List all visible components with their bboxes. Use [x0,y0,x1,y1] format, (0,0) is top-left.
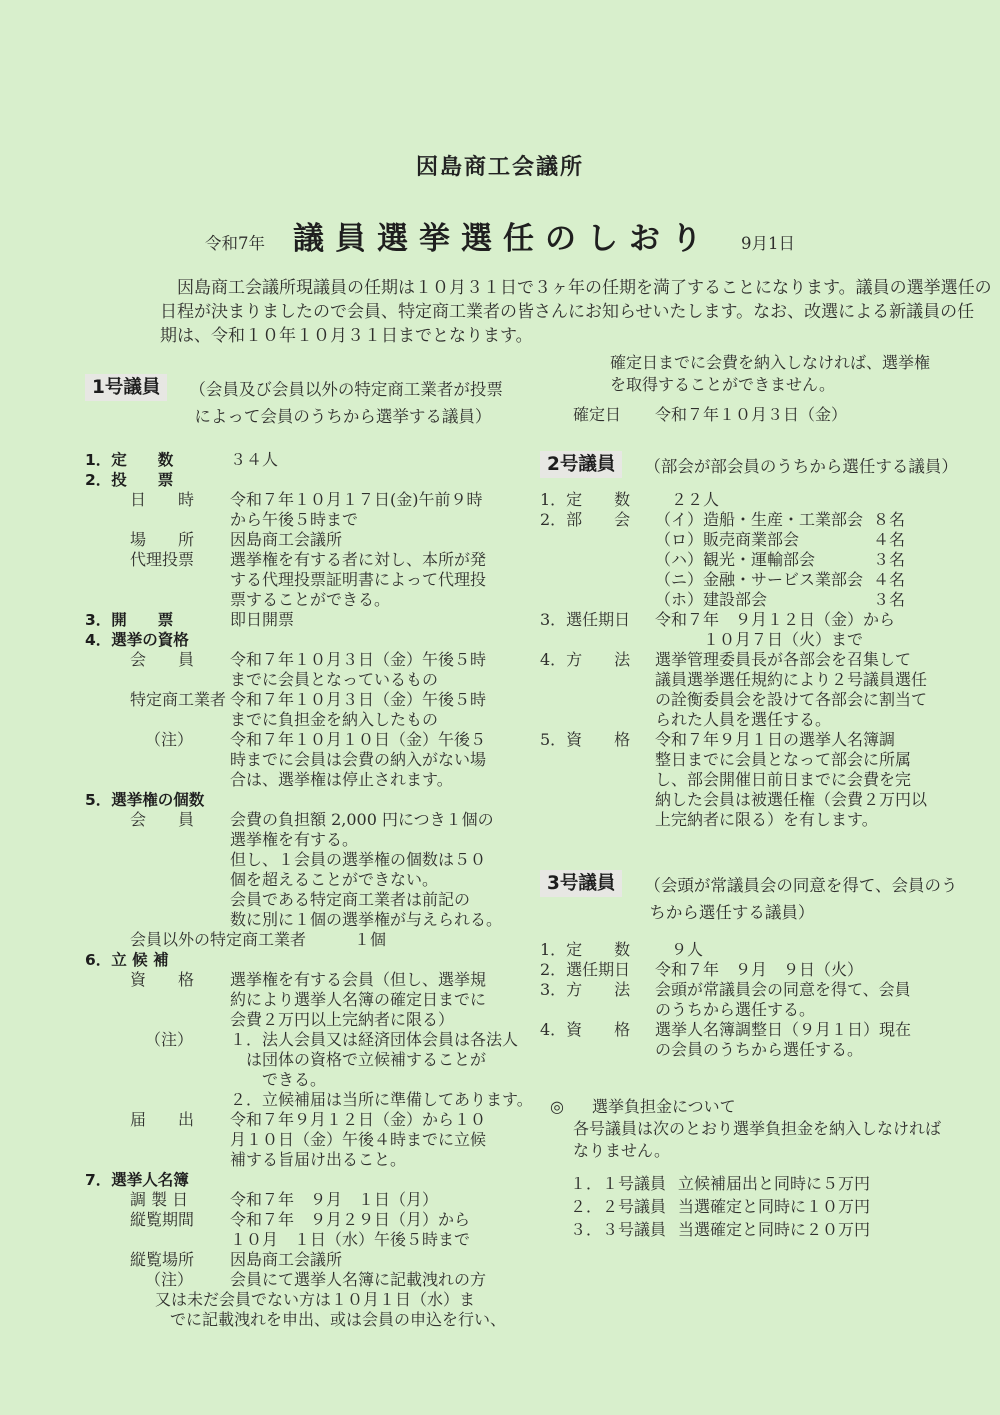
row-label: 5．資 格 [540,730,655,830]
definition-row: 1．定 数 ９人 [540,940,980,960]
row-label: 2．投 票 [85,470,230,490]
text-line: 合は、選挙権は停止されます。 [230,770,510,790]
department-count: ４名 [873,570,905,590]
section-1-description: （会員及び会員以外の特定商工業者が投票 によって会員のうちから選挙する議員） [189,374,503,430]
deadline-note-line: を取得することができません。 [610,374,980,396]
fee-label: ３．３号議員 [570,1218,678,1241]
text-line: 票することができる。 [230,590,510,610]
row-label: （注） [85,1270,230,1290]
intro-line: 期は、令和１０年１０月３１日までとなります。 [160,324,910,348]
section-2-heading: 2号議員 （部会が部会員のうちから選任する議員） [540,451,980,480]
definition-row: 会 員令和７年１０月３日（金）午後５時までに会員となっているもの [85,650,510,690]
text-line: 納した会員は被選任権（会費２万円以 [655,790,980,810]
definition-row: 調 製 日令和７年 ９月 １日（月） [85,1190,510,1210]
section-2-description: （部会が部会員のうちから選任する議員） [644,451,958,480]
department-row: （イ）造船・生産・工業部会８名 [655,510,905,530]
section-1-heading: 1号議員 （会員及び会員以外の特定商工業者が投票 によって会員のうちから選挙する… [85,374,510,430]
row-value: ９人 [655,940,980,960]
row-value [230,630,510,650]
text-line: 会員にて選挙人名簿に記載洩れの方 [230,1270,510,1290]
row-label: 3．方 法 [540,980,655,1020]
confirmation-date-label: 確定日 [573,405,655,425]
confirmation-date-row: 確定日 令和７年１０月３日（金） [573,405,980,425]
row-label: 届 出 [85,1110,230,1170]
definition-row: 4．選挙の資格 [85,630,510,650]
text-line: 令和７年１０月１０日（金）午後５ [230,730,510,750]
section-1-tag: 1号議員 [85,374,167,401]
row-label: 6．立 候 補 [85,950,230,970]
definition-row: 縦覧場所因島商工会議所 [85,1250,510,1270]
text-line: 選挙人名簿調整日（９月１日）現在 [655,1020,980,1040]
definition-row: 7．選挙人名簿 [85,1170,510,1190]
text-line: 会頭が常議員会の同意を得て、会員 [655,980,980,1000]
definition-row: 3．開 票即日開票 [85,610,510,630]
intro-paragraph: 因島商工会議所現議員の任期は１０月３１日で３ヶ年の任期を満了することになります。… [160,276,910,348]
section-3-desc-line: （会頭が常議員会の同意を得て、会員のう [644,872,957,899]
fee-row: ３．３号議員当選確定と同時に２０万円 [570,1218,980,1241]
deadline-note: 確定日までに会費を納入しなければ、選挙権 を取得することができません。 [610,352,980,396]
title-row: 令和7年 議員選挙選任のしおり 9月1日 [0,213,1000,258]
row-value: 令和７年１０月１０日（金）午後５時までに会員は会費の納入がない場合は、選挙権は停… [230,730,510,790]
row-value: 選挙権を有する者に対し、本所が発する代理投票証明書によって代理投票することができ… [230,550,510,610]
row-value: 令和７年 ９月 ９日（火） [655,960,980,980]
deadline-note-line: 確定日までに会費を納入しなければ、選挙権 [610,352,980,374]
text-line: 個を超えることができない。 [230,870,510,890]
right-column: 確定日までに会費を納入しなければ、選挙権 を取得することができません。 確定日 … [540,352,980,1241]
text-line: 即日開票 [230,610,510,630]
text-line: 会費２万円以上完納者に限る） [230,1010,510,1030]
department-count: ８名 [873,510,905,530]
text-line: 会員以外の特定商工業者 １個 [85,930,510,950]
definition-row: 3．選任期日令和７年 ９月１２日（金）から １０月７日（火）まで [540,610,980,650]
text-line: ９人 [655,940,980,960]
text-line: 選挙権を有する会員（但し、選挙規 [230,970,510,990]
election-fee-section: ◎ 選挙負担金について 各号議員は次のとおり選挙負担金を納入しなければ なりませ… [540,1096,980,1241]
text-line: 因島商工会議所 [230,530,510,550]
text-line: 時までに会員は会費の納入がない場 [230,750,510,770]
definition-row: 2．部 会（イ）造船・生産・工業部会８名（ロ）販売商業部会４名（ハ）観光・運輸部… [540,510,980,610]
definition-row: （注）令和７年１０月１０日（金）午後５時までに会員は会費の納入がない場合は、選挙… [85,730,510,790]
row-value: 会員にて選挙人名簿に記載洩れの方 [230,1270,510,1290]
text-line: １０月７日（火）まで [655,630,980,650]
department-name: （ハ）観光・運輸部会 [655,550,815,570]
text-line: ２．立候補届は当所に準備してあります。 [230,1090,533,1110]
row-label: 4．資 格 [540,1020,655,1060]
section-1-desc-line: によって会員のうちから選挙する議員） [189,403,503,430]
department-row: （ロ）販売商業部会４名 [655,530,905,550]
left-column: 1号議員 （会員及び会員以外の特定商工業者が投票 によって会員のうちから選挙する… [85,352,510,1330]
text-line: でに記載洩れを申出、或は会員の申込を行い、 [85,1310,510,1330]
row-value [230,950,510,970]
org-title: 因島商工会議所 [0,0,1000,181]
row-value: 令和７年１０月１７日(金)午前９時から午後５時まで [230,490,510,530]
fee-amount: 当選確定と同時に２０万円 [678,1218,870,1241]
definition-row: 2．投 票 [85,470,510,490]
text-line: 令和７年 ９月２９日（月）から [230,1210,510,1230]
publish-date: 9月1日 [741,230,795,254]
page-title: 議員選挙選任のしおり [293,213,713,258]
department-name: （ホ）建設部会 [655,590,767,610]
row-label: 3．選任期日 [540,610,655,650]
row-label: 4．方 法 [540,650,655,730]
row-label: 縦覧期間 [85,1210,230,1250]
definition-row: 代理投票選挙権を有する者に対し、本所が発する代理投票証明書によって代理投票するこ… [85,550,510,610]
row-label: 代理投票 [85,550,230,610]
section-3-desc-line: ちから選任する議員） [644,899,957,926]
text-line: の詮衡委員会を設けて各部会に割当て [655,690,980,710]
text-line: 令和７年 ９月 ９日（火） [655,960,980,980]
row-value: 選挙管理委員長が各部会を召集して議員選挙選任規約により２号議員選任の詮衡委員会を… [655,650,980,730]
text-line: 因島商工会議所 [230,1250,510,1270]
definition-row: 場 所因島商工会議所 [85,530,510,550]
row-value: 因島商工会議所 [230,1250,510,1270]
row-value: 会頭が常議員会の同意を得て、会員のうちから選任する。 [655,980,980,1020]
text-line: 選挙権を有する。 [230,830,510,850]
row-value: １．法人会員又は経済団体会員は各法人 は団体の資格で立候補することが できる。２… [230,1030,533,1110]
text-line: の会員のうちから選任する。 [655,1040,980,1060]
document-page: 因島商工会議所 令和7年 議員選挙選任のしおり 9月1日 因島商工会議所現議員の… [0,0,1000,1415]
row-value: 因島商工会議所 [230,530,510,550]
text-line: 令和７年 ９月 １日（月） [230,1190,510,1210]
text-line: １０月 １日（水）午後５時まで [230,1230,510,1250]
election-fee-title: 選挙負担金について [592,1096,736,1118]
section-2-rows: 1．定 数 ２２人2．部 会（イ）造船・生産・工業部会８名（ロ）販売商業部会４名… [540,490,980,830]
row-label: 1．定 数 [85,450,230,470]
row-value: ２２人 [655,490,980,510]
section-2-tag: 2号議員 [540,451,622,478]
row-value: 令和７年 ９月 １日（月） [230,1190,510,1210]
section-2-desc-line: （部会が部会員のうちから選任する議員） [644,453,958,480]
section-3-description: （会頭が常議員会の同意を得て、会員のう ちから選任する議員） [644,870,957,926]
row-label: 7．選挙人名簿 [85,1170,230,1190]
row-value: 選挙権を有する会員（但し、選挙規約により選挙人名簿の確定日までに会費２万円以上完… [230,970,510,1030]
text-line: までに負担金を納入したもの [230,710,510,730]
text-line: 上完納者に限る）を有します。 [655,810,980,830]
election-fee-list: １．１号議員立候補届出と同時に５万円２．２号議員当選確定と同時に１０万円３．３号… [570,1172,980,1241]
row-label: 4．選挙の資格 [85,630,230,650]
intro-line: 日程が決まりましたので会員、特定商工業者の皆さんにお知らせいたします。なお、改選… [160,300,910,324]
text-line: 数に別に１個の選挙権が与えられる。 [230,910,510,930]
row-label: 日 時 [85,490,230,530]
definition-row: （注）会員にて選挙人名簿に記載洩れの方 [85,1270,510,1290]
definition-row: 特定商工業者令和７年１０月３日（金）午後５時までに負担金を納入したもの [85,690,510,730]
fee-amount: 立候補届出と同時に５万円 [678,1172,870,1195]
election-fee-title-row: ◎ 選挙負担金について [550,1096,980,1118]
text-line: 令和７年９月１２日（金）から１０ [230,1110,510,1130]
row-value: （イ）造船・生産・工業部会８名（ロ）販売商業部会４名（ハ）観光・運輸部会３名（ニ… [655,510,980,610]
text-line: から午後５時まで [230,510,510,530]
election-fee-body: 各号議員は次のとおり選挙負担金を納入しなければ なりません。 [573,1118,980,1162]
section-3-rows: 1．定 数 ９人2．選任期日令和７年 ９月 ９日（火）3．方 法会頭が常議員会の… [540,940,980,1060]
row-value: 令和７年９月１日の選挙人名簿調整日までに会員となって部会に所属し、部会開催日前日… [655,730,980,830]
text-line: 令和７年１０月３日（金）午後５時 [230,650,510,670]
text-line: 会員である特定商工業者は前記の [230,890,510,910]
row-label: 縦覧場所 [85,1250,230,1270]
fee-label: １．１号議員 [570,1172,678,1195]
text-line: は団体の資格で立候補することが [230,1050,533,1070]
double-circle-mark: ◎ [550,1096,564,1118]
definition-row: 3．方 法会頭が常議員会の同意を得て、会員のうちから選任する。 [540,980,980,1020]
row-label: （注） [85,730,230,790]
row-value: 令和７年９月１２日（金）から１０月１０日（金）午後４時までに立候補する旨届け出る… [230,1110,510,1170]
text-line: 又は未だ会員でない方は１０月１日（水）ま [85,1290,510,1310]
text-line: 選挙権を有する者に対し、本所が発 [230,550,510,570]
text-line: 選挙管理委員長が各部会を召集して [655,650,980,670]
definition-row: 2．選任期日令和７年 ９月 ９日（火） [540,960,980,980]
row-label: （注） [85,1030,230,1110]
two-column-body: 1号議員 （会員及び会員以外の特定商工業者が投票 によって会員のうちから選挙する… [0,352,1000,1330]
row-label: 2．選任期日 [540,960,655,980]
definition-row: 4．方 法選挙管理委員長が各部会を召集して議員選挙選任規約により２号議員選任の詮… [540,650,980,730]
text-line: 令和７年１０月３日（金）午後５時 [230,690,510,710]
text-line: られた人員を選任する。 [655,710,980,730]
confirmation-date-value: 令和７年１０月３日（金） [655,405,847,425]
text-line: 会費の負担額 2,000 円につき１個の [230,810,510,830]
row-label: 資 格 [85,970,230,1030]
department-row: （ハ）観光・運輸部会３名 [655,550,905,570]
intro-line: 因島商工会議所現議員の任期は１０月３１日で３ヶ年の任期を満了することになります。… [160,276,910,300]
row-value [230,470,510,490]
definition-row: （注）１．法人会員又は経済団体会員は各法人 は団体の資格で立候補することが でき… [85,1030,510,1110]
fee-label: ２．２号議員 [570,1195,678,1218]
department-row: （ニ）金融・サービス業部会４名 [655,570,905,590]
department-row: （ホ）建設部会３名 [655,590,905,610]
text-line: 令和７年１０月１７日(金)午前９時 [230,490,510,510]
text-line: する代理投票証明書によって代理投 [230,570,510,590]
definition-row: 届 出令和７年９月１２日（金）から１０月１０日（金）午後４時までに立候補する旨届… [85,1110,510,1170]
row-label: 会 員 [85,650,230,690]
row-label: 場 所 [85,530,230,550]
text-line: 月１０日（金）午後４時までに立候 [230,1130,510,1150]
definition-row: 4．資 格選挙人名簿調整日（９月１日）現在の会員のうちから選任する。 [540,1020,980,1060]
text-line: までに会員となっているもの [230,670,510,690]
fee-row: ２．２号議員当選確定と同時に１０万円 [570,1195,980,1218]
row-label: 特定商工業者 [85,690,230,730]
definition-row: 1．定 数３４人 [85,450,510,470]
definition-row: 5．選挙権の個数 [85,790,510,810]
row-label: 3．開 票 [85,610,230,630]
text-line: １．法人会員又は経済団体会員は各法人 [230,1030,533,1050]
text-line: 整日までに会員となって部会に所属 [655,750,980,770]
department-count: ３名 [873,550,905,570]
text-line: 約により選挙人名簿の確定日までに [230,990,510,1010]
row-label: 1．定 数 [540,940,655,960]
row-value [230,790,510,810]
section-3-heading: 3号議員 （会頭が常議員会の同意を得て、会員のう ちから選任する議員） [540,870,980,926]
definition-row: 縦覧期間令和７年 ９月２９日（月）から１０月 １日（水）午後５時まで [85,1210,510,1250]
row-value: ３４人 [230,450,510,470]
definition-row: 日 時令和７年１０月１７日(金)午前９時から午後５時まで [85,490,510,530]
definition-row: 会 員会費の負担額 2,000 円につき１個の選挙権を有する。但し、１会員の選挙… [85,810,510,930]
row-label: 1．定 数 [540,490,655,510]
department-name: （イ）造船・生産・工業部会 [655,510,863,530]
election-fee-body-line: なりません。 [573,1140,980,1162]
text-line: 令和７年 ９月１２日（金）から [655,610,980,630]
definition-row: 5．資 格令和７年９月１日の選挙人名簿調整日までに会員となって部会に所属し、部会… [540,730,980,830]
text-line: 議員選挙選任規約により２号議員選任 [655,670,980,690]
definition-row: 資 格選挙権を有する会員（但し、選挙規約により選挙人名簿の確定日までに会費２万円… [85,970,510,1030]
text-line: し、部会開催日前日までに会費を完 [655,770,980,790]
text-line: ２２人 [655,490,980,510]
row-value: 令和７年１０月３日（金）午後５時までに負担金を納入したもの [230,690,510,730]
row-label: 会 員 [85,810,230,930]
definition-row: 6．立 候 補 [85,950,510,970]
row-value: 選挙人名簿調整日（９月１日）現在の会員のうちから選任する。 [655,1020,980,1060]
row-value: 即日開票 [230,610,510,630]
text-line: ３４人 [230,450,510,470]
fee-amount: 当選確定と同時に１０万円 [678,1195,870,1218]
row-label: 調 製 日 [85,1190,230,1210]
department-name: （ロ）販売商業部会 [655,530,799,550]
row-label: 2．部 会 [540,510,655,610]
text-line: 補する旨届け出ること。 [230,1150,510,1170]
row-value: 令和７年１０月３日（金）午後５時までに会員となっているもの [230,650,510,690]
text-line: 令和７年９月１日の選挙人名簿調 [655,730,980,750]
section-3-tag: 3号議員 [540,870,622,897]
era-label: 令和7年 [205,230,265,254]
department-count: ３名 [873,590,905,610]
row-value [230,1170,510,1190]
section-1-desc-line: （会員及び会員以外の特定商工業者が投票 [189,376,503,403]
election-fee-body-line: 各号議員は次のとおり選挙負担金を納入しなければ [573,1118,980,1140]
text-line: 但し、１会員の選挙権の個数は５０ [230,850,510,870]
text-line: できる。 [230,1070,533,1090]
department-count: ４名 [873,530,905,550]
text-line: のうちから選任する。 [655,1000,980,1020]
row-value: 会費の負担額 2,000 円につき１個の選挙権を有する。但し、１会員の選挙権の個… [230,810,510,930]
department-name: （ニ）金融・サービス業部会 [655,570,863,590]
row-value: 令和７年 ９月１２日（金）から １０月７日（火）まで [655,610,980,650]
fee-row: １．１号議員立候補届出と同時に５万円 [570,1172,980,1195]
definition-row: 1．定 数 ２２人 [540,490,980,510]
row-label: 5．選挙権の個数 [85,790,230,810]
row-value: 令和７年 ９月２９日（月）から１０月 １日（水）午後５時まで [230,1210,510,1250]
section-1-rows: 1．定 数３４人2．投 票日 時令和７年１０月１７日(金)午前９時から午後５時ま… [85,450,510,1330]
